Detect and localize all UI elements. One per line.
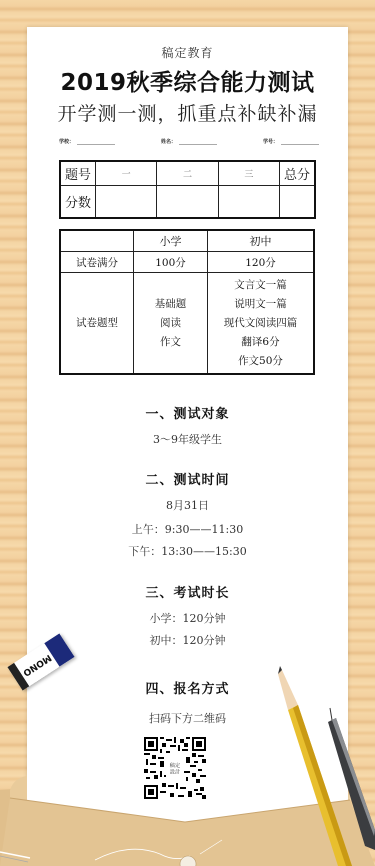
exam-info-table: 小学 初中 试卷满分 100分 120分 试卷题型 基础题 阅读 作文 文言文一… bbox=[59, 229, 315, 375]
name-field[interactable]: 姓名： bbox=[161, 138, 217, 145]
list-item: 作文50分 bbox=[208, 352, 313, 371]
student-id-label: 学号： bbox=[263, 138, 278, 145]
table-row: 题号 一 二 三 总分 bbox=[60, 161, 315, 186]
list-item: 现代文阅读四篇 bbox=[208, 314, 313, 333]
school-blank[interactable] bbox=[77, 139, 115, 145]
svg-text:稿定: 稿定 bbox=[170, 761, 180, 769]
header-primary: 小学 bbox=[134, 230, 208, 252]
school-label: 学校： bbox=[59, 138, 74, 145]
section-text: 上午：9:30——11:30 bbox=[27, 521, 348, 537]
brand-name: 稿定教育 bbox=[27, 44, 348, 61]
list-item: 说明文一篇 bbox=[208, 295, 313, 314]
table-row: 试卷满分 100分 120分 bbox=[60, 252, 314, 273]
poster-subtitle: 开学测一测，抓重点补缺补漏 bbox=[27, 99, 348, 126]
score-cell-total bbox=[280, 186, 316, 219]
row-header-score: 分数 bbox=[60, 186, 96, 219]
pencil-icon bbox=[278, 666, 352, 866]
header-empty bbox=[60, 230, 134, 252]
section-text: 初中：120分钟 bbox=[27, 632, 348, 648]
full-score-label: 试卷满分 bbox=[60, 252, 134, 273]
row-header-question-no: 题号 bbox=[60, 161, 96, 186]
header-junior: 初中 bbox=[208, 230, 315, 252]
question-types-primary: 基础题 阅读 作文 bbox=[134, 273, 208, 375]
name-blank[interactable] bbox=[179, 139, 217, 145]
school-field[interactable]: 学校： bbox=[59, 138, 115, 145]
column-2: 二 bbox=[157, 161, 218, 186]
section-heading-time: 二、测试时间 bbox=[27, 469, 348, 488]
list-item: 阅读 bbox=[134, 314, 207, 333]
list-item: 基础题 bbox=[134, 295, 207, 314]
table-row: 分数 bbox=[60, 186, 315, 219]
section-text: 小学：120分钟 bbox=[27, 610, 348, 626]
list-item: 翻译6分 bbox=[208, 333, 313, 352]
question-types-junior: 文言文一篇 说明文一篇 现代文阅读四篇 翻译6分 作文50分 bbox=[208, 273, 315, 375]
section-heading-duration: 三、考试时长 bbox=[27, 582, 348, 601]
column-1: 一 bbox=[96, 161, 157, 186]
poster-title: 2019秋季综合能力测试 bbox=[27, 64, 348, 97]
section-text: 下午：13:30——15:30 bbox=[27, 543, 348, 559]
full-score-primary: 100分 bbox=[134, 252, 208, 273]
list-item: 作文 bbox=[134, 333, 207, 352]
student-id-field[interactable]: 学号： bbox=[263, 138, 319, 145]
score-table: 题号 一 二 三 总分 分数 bbox=[59, 160, 316, 219]
section-heading-target: 一、测试对象 bbox=[27, 403, 348, 422]
table-row: 试卷题型 基础题 阅读 作文 文言文一篇 说明文一篇 现代文阅读四篇 翻译6分 … bbox=[60, 273, 314, 375]
pencil-and-pen-decoration bbox=[270, 660, 375, 866]
student-info-fields: 学校： 姓名： 学号： bbox=[59, 138, 319, 145]
column-3: 三 bbox=[218, 161, 279, 186]
list-item: 文言文一篇 bbox=[208, 276, 313, 295]
section-text: 8月31日 bbox=[27, 497, 348, 513]
student-id-blank[interactable] bbox=[281, 139, 319, 145]
table-header-row: 小学 初中 bbox=[60, 230, 314, 252]
name-label: 姓名： bbox=[161, 138, 176, 145]
section-text: 3～9年级学生 bbox=[27, 431, 348, 447]
score-cell-3 bbox=[218, 186, 279, 219]
question-types-label: 试卷题型 bbox=[60, 273, 134, 375]
score-cell-2 bbox=[157, 186, 218, 219]
full-score-junior: 120分 bbox=[208, 252, 315, 273]
column-total: 总分 bbox=[280, 161, 316, 186]
score-cell-1 bbox=[96, 186, 157, 219]
